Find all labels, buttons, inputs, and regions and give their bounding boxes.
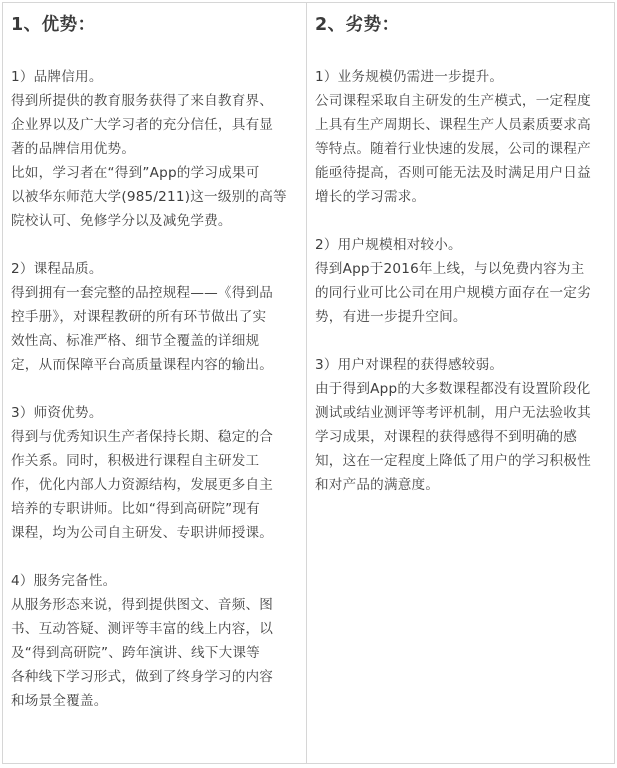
weakness-section-scale: 1）业务规模仍需进一步提升。 公司课程采取自主研发的生产模式，一定程度 上具有生…: [315, 65, 606, 209]
paragraph-line: 的同行业可比公司在用户规模方面存在一定劣: [315, 281, 606, 305]
section-heading: 2）课程品质。: [11, 257, 298, 281]
section-heading: 1）业务规模仍需进一步提升。: [315, 65, 606, 89]
paragraph-line: 等特点。随着行业快速的发展，公司的课程产: [315, 137, 606, 161]
paragraph-line: 效性高、标准严格、细节全覆盖的详细规: [11, 329, 298, 353]
paragraph-line: 得到拥有一套完整的品控规程——《得到品: [11, 281, 298, 305]
paragraph-line: 得到所提供的教育服务获得了来自教育界、: [11, 89, 298, 113]
paragraph-line: 著的品牌信用优势。: [11, 137, 298, 161]
paragraph-line: 增长的学习需求。: [315, 185, 606, 209]
weaknesses-cell: 2、劣势： 1）业务规模仍需进一步提升。 公司课程采取自主研发的生产模式，一定程…: [307, 3, 615, 764]
paragraph-line: 作，优化内部人力资源结构，发展更多自主: [11, 473, 298, 497]
table-row: 1、优势： 1）品牌信用。 得到所提供的教育服务获得了来自教育界、 企业界以及广…: [3, 3, 615, 764]
paragraph-line: 培养的专职讲师。比如“得到高研院”现有: [11, 497, 298, 521]
strength-section-service: 4）服务完备性。 从服务形态来说，得到提供图文、音频、图 书、互动答疑、测评等丰…: [11, 569, 298, 713]
paragraph-line: 由于得到App的大多数课程都没有设置阶段化: [315, 377, 606, 401]
paragraph-line: 测试或结业测评等考评机制，用户无法验收其: [315, 401, 606, 425]
paragraph-line: 院校认可、免修学分以及减免学费。: [11, 209, 298, 233]
paragraph-line: 得到与优秀知识生产者保持长期、稳定的合: [11, 425, 298, 449]
paragraph-line: 得到App于2016年上线，与以免费内容为主: [315, 257, 606, 281]
paragraph-line: 能亟待提高，否则可能无法及时满足用户日益: [315, 161, 606, 185]
paragraph-line: 上具有生产周期长、课程生产人员素质要求高: [315, 113, 606, 137]
paragraph-line: 知，这在一定程度上降低了用户的学习积极性: [315, 449, 606, 473]
strength-section-quality: 2）课程品质。 得到拥有一套完整的品控规程——《得到品 控手册》，对课程教研的所…: [11, 257, 298, 377]
swot-table: 1、优势： 1）品牌信用。 得到所提供的教育服务获得了来自教育界、 企业界以及广…: [2, 2, 615, 764]
weakness-section-engagement: 3）用户对课程的获得感较弱。 由于得到App的大多数课程都没有设置阶段化 测试或…: [315, 353, 606, 497]
weakness-section-users: 2）用户规模相对较小。 得到App于2016年上线，与以免费内容为主 的同行业可…: [315, 233, 606, 329]
paragraph-line: 各种线下学习形式，做到了终身学习的内容: [11, 665, 298, 689]
paragraph-line: 控手册》，对课程教研的所有环节做出了实: [11, 305, 298, 329]
paragraph-line: 比如，学习者在“得到”App的学习成果可: [11, 161, 298, 185]
strengths-cell: 1、优势： 1）品牌信用。 得到所提供的教育服务获得了来自教育界、 企业界以及广…: [3, 3, 307, 764]
paragraph-line: 和场景全覆盖。: [11, 689, 298, 713]
strength-section-faculty: 3）师资优势。 得到与优秀知识生产者保持长期、稳定的合 作关系。同时，积极进行课…: [11, 401, 298, 545]
paragraph-line: 势，有进一步提升空间。: [315, 305, 606, 329]
paragraph-line: 和对产品的满意度。: [315, 473, 606, 497]
paragraph-line: 书、互动答疑、测评等丰富的线上内容，以: [11, 617, 298, 641]
section-heading: 1）品牌信用。: [11, 65, 298, 89]
paragraph-line: 以被华东师范大学(985/211)这一级别的高等: [11, 185, 298, 209]
paragraph-line: 及“得到高研院”、跨年演讲、线下大课等: [11, 641, 298, 665]
section-heading: 3）师资优势。: [11, 401, 298, 425]
section-heading: 2）用户规模相对较小。: [315, 233, 606, 257]
weaknesses-title: 2、劣势：: [315, 12, 606, 38]
section-heading: 3）用户对课程的获得感较弱。: [315, 353, 606, 377]
section-heading: 4）服务完备性。: [11, 569, 298, 593]
paragraph-line: 定，从而保障平台高质量课程内容的输出。: [11, 353, 298, 377]
strength-section-brand: 1）品牌信用。 得到所提供的教育服务获得了来自教育界、 企业界以及广大学习者的充…: [11, 65, 298, 233]
paragraph-line: 企业界以及广大学习者的充分信任，具有显: [11, 113, 298, 137]
paragraph-line: 学习成果，对课程的获得感得不到明确的感: [315, 425, 606, 449]
paragraph-line: 作关系。同时，积极进行课程自主研发工: [11, 449, 298, 473]
strengths-title: 1、优势：: [11, 12, 298, 38]
paragraph-line: 公司课程采取自主研发的生产模式，一定程度: [315, 89, 606, 113]
paragraph-line: 从服务形态来说，得到提供图文、音频、图: [11, 593, 298, 617]
paragraph-line: 课程，均为公司自主研发、专职讲师授课。: [11, 521, 298, 545]
